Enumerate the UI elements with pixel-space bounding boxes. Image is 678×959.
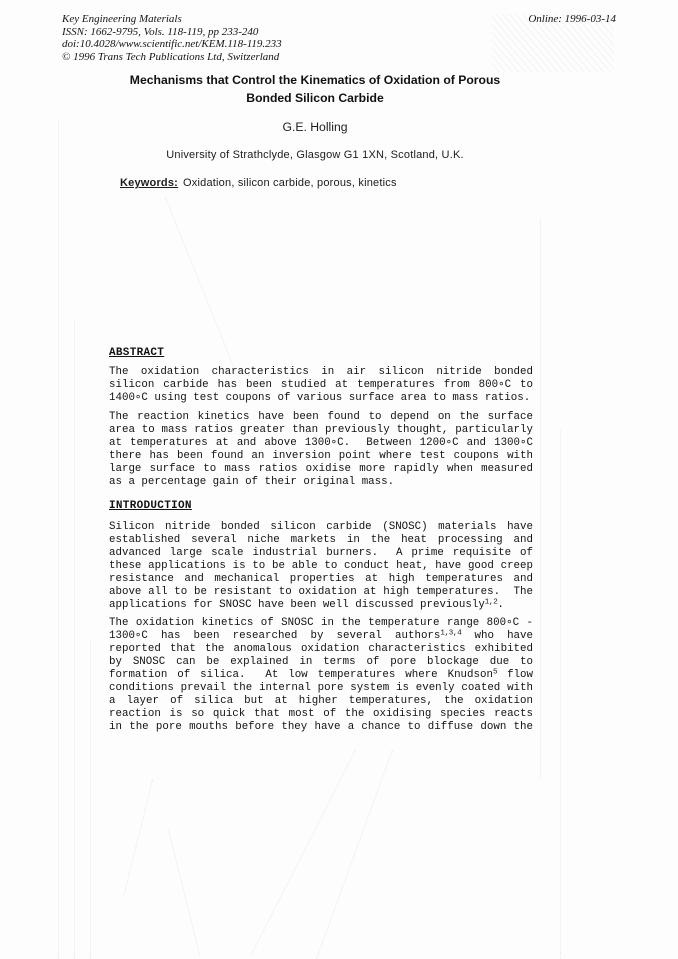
text-line: these applications is to be able to cond… xyxy=(109,560,533,573)
introduction-paragraph-2: The oxidation kinetics of SNOSC in the t… xyxy=(109,617,533,734)
scan-artifact xyxy=(74,320,75,959)
text-line: at temperatures at and above 1300∘C. Bet… xyxy=(109,437,533,450)
paper-page: Key Engineering Materials ISSN: 1662-979… xyxy=(0,0,678,959)
affiliation: University of Strathclyde, Glasgow G1 1X… xyxy=(2,149,628,161)
reference-superscript: 5 xyxy=(493,669,497,677)
text-line: above all to be resistant to oxidation a… xyxy=(109,586,533,599)
publication-info: Key Engineering Materials ISSN: 1662-979… xyxy=(62,13,282,63)
keywords-text: Oxidation, silicon carbide, porous, kine… xyxy=(183,177,397,189)
text-line: The oxidation characteristics in air sil… xyxy=(109,366,533,379)
text-line: formation of silica. At low temperatures… xyxy=(109,669,533,682)
title-line-2: Bonded Silicon Carbide xyxy=(2,89,628,107)
copyright-line: © 1996 Trans Tech Publications Ltd, Swit… xyxy=(62,51,282,64)
text-line: conditions prevail the internal pore sys… xyxy=(109,682,533,695)
online-date: Online: 1996-03-14 xyxy=(528,13,616,26)
text-line: a layer of silica but at higher temperat… xyxy=(109,695,533,708)
scan-artifact xyxy=(168,830,200,955)
text-line: applications for SNOSC have been well di… xyxy=(109,599,533,612)
abstract-paragraph-2: The reaction kinetics have been found to… xyxy=(109,411,533,489)
scan-artifact xyxy=(123,780,153,897)
text-line: reported that the anomalous oxidation ch… xyxy=(109,643,533,656)
text-line: advanced large scale industrial burners.… xyxy=(109,547,533,560)
scan-artifact xyxy=(540,220,541,780)
scan-artifact xyxy=(251,750,356,955)
text-line: reaction is so quick that most of the ox… xyxy=(109,708,533,721)
scan-artifact xyxy=(165,198,241,384)
text-line: The oxidation kinetics of SNOSC in the t… xyxy=(109,617,533,630)
text-line: resistance and mechanical properties at … xyxy=(109,573,533,586)
text-line: 1300∘C has been researched by several au… xyxy=(109,630,533,643)
text-line: established several niche markets in the… xyxy=(109,534,533,547)
text-line: by SNOSC can be explained in terms of po… xyxy=(109,656,533,669)
doi-line: doi:10.4028/www.scientific.net/KEM.118-1… xyxy=(62,38,282,51)
abstract-heading: ABSTRACT xyxy=(109,347,164,359)
scan-artifact xyxy=(90,640,91,959)
text-line: The reaction kinetics have been found to… xyxy=(109,411,533,424)
text-line: Silicon nitride bonded silicon carbide (… xyxy=(109,521,533,534)
title-line-1: Mechanisms that Control the Kinematics o… xyxy=(2,71,628,89)
keywords-label: Keywords: xyxy=(120,177,178,189)
text-line: as a percentage gain of their original m… xyxy=(109,476,533,489)
introduction-paragraph-1: Silicon nitride bonded silicon carbide (… xyxy=(109,521,533,612)
paper-title: Mechanisms that Control the Kinematics o… xyxy=(2,71,628,107)
scan-artifact xyxy=(313,750,393,959)
text-line: area to mass ratios greater than previou… xyxy=(109,424,533,437)
reference-superscript: 1,3,4 xyxy=(440,630,461,638)
author-name: G.E. Holling xyxy=(2,120,628,134)
text-line: 1400∘C using test coupons of various sur… xyxy=(109,392,533,405)
text-line: in the pore mouths before they have a ch… xyxy=(109,721,533,734)
introduction-heading: INTRODUCTION xyxy=(109,500,192,512)
text-line: there has been found an inversion point … xyxy=(109,450,533,463)
page-header: Key Engineering Materials ISSN: 1662-979… xyxy=(62,13,616,63)
scan-artifact xyxy=(560,430,561,959)
scan-artifact xyxy=(58,120,59,959)
keywords-line: Keywords:Oxidation, silicon carbide, por… xyxy=(120,177,397,189)
text-line: large surface to mass ratios oxidise mor… xyxy=(109,463,533,476)
reference-superscript: 1,2 xyxy=(485,599,498,607)
journal-title: Key Engineering Materials xyxy=(62,13,282,26)
issn-line: ISSN: 1662-9795, Vols. 118-119, pp 233-2… xyxy=(62,26,282,39)
text-line: silicon carbide has been studied at temp… xyxy=(109,379,533,392)
abstract-paragraph-1: The oxidation characteristics in air sil… xyxy=(109,366,533,405)
